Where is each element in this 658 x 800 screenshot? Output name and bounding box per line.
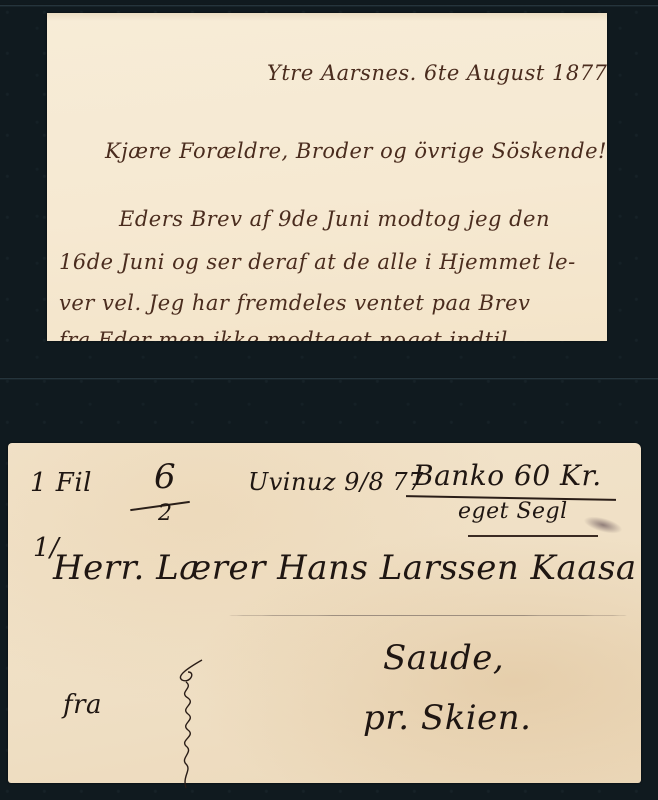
rate-denominator: 2 [158, 501, 173, 526]
vertical-scribble-icon [168, 658, 208, 793]
fil-marking: 1 Fil [30, 468, 92, 498]
manuscript-postmark: Uvinuz 9/8 77 [248, 468, 424, 496]
ink-smudge [582, 513, 624, 537]
letter-body-line: ver vel. Jeg har fremdeles ventet paa Br… [59, 291, 530, 315]
letter-body-line: 16de Juni og ser deraf at de alle i Hjem… [59, 250, 576, 274]
postal-envelope: 1 Fil 6 2 Uvinuz 9/8 77 Banko 60 Kr. ege… [8, 443, 641, 783]
stock-card-strip-top [0, 4, 658, 7]
destination-city: Saude, [383, 638, 504, 678]
letter-greeting: Kjære Forældre, Broder og övrige Söskend… [105, 139, 607, 163]
letter-body-line: Eders Brev af 9de Juni modtog jeg den [119, 207, 550, 231]
seal-underline [468, 535, 598, 537]
sender-label: fra [63, 690, 102, 720]
seal-note: eget Segl [458, 499, 568, 524]
letter-dateline: Ytre Aarsnes. 6te August 1877. [267, 61, 607, 85]
letter-body-line: fra Eder men ikke modtaget noget indtil [59, 328, 508, 341]
address-guide-line [228, 615, 628, 616]
value-declaration: Banko 60 Kr. [413, 459, 602, 492]
rate-numerator: 6 [154, 457, 176, 497]
post-office-line: pr. Skien. [363, 698, 532, 738]
addressee-name: Herr. Lærer Hans Larssen Kaasa [53, 548, 637, 588]
stock-card-strip-divider [0, 377, 658, 380]
handwritten-letter: Ytre Aarsnes. 6te August 1877. Kjære For… [47, 13, 607, 341]
